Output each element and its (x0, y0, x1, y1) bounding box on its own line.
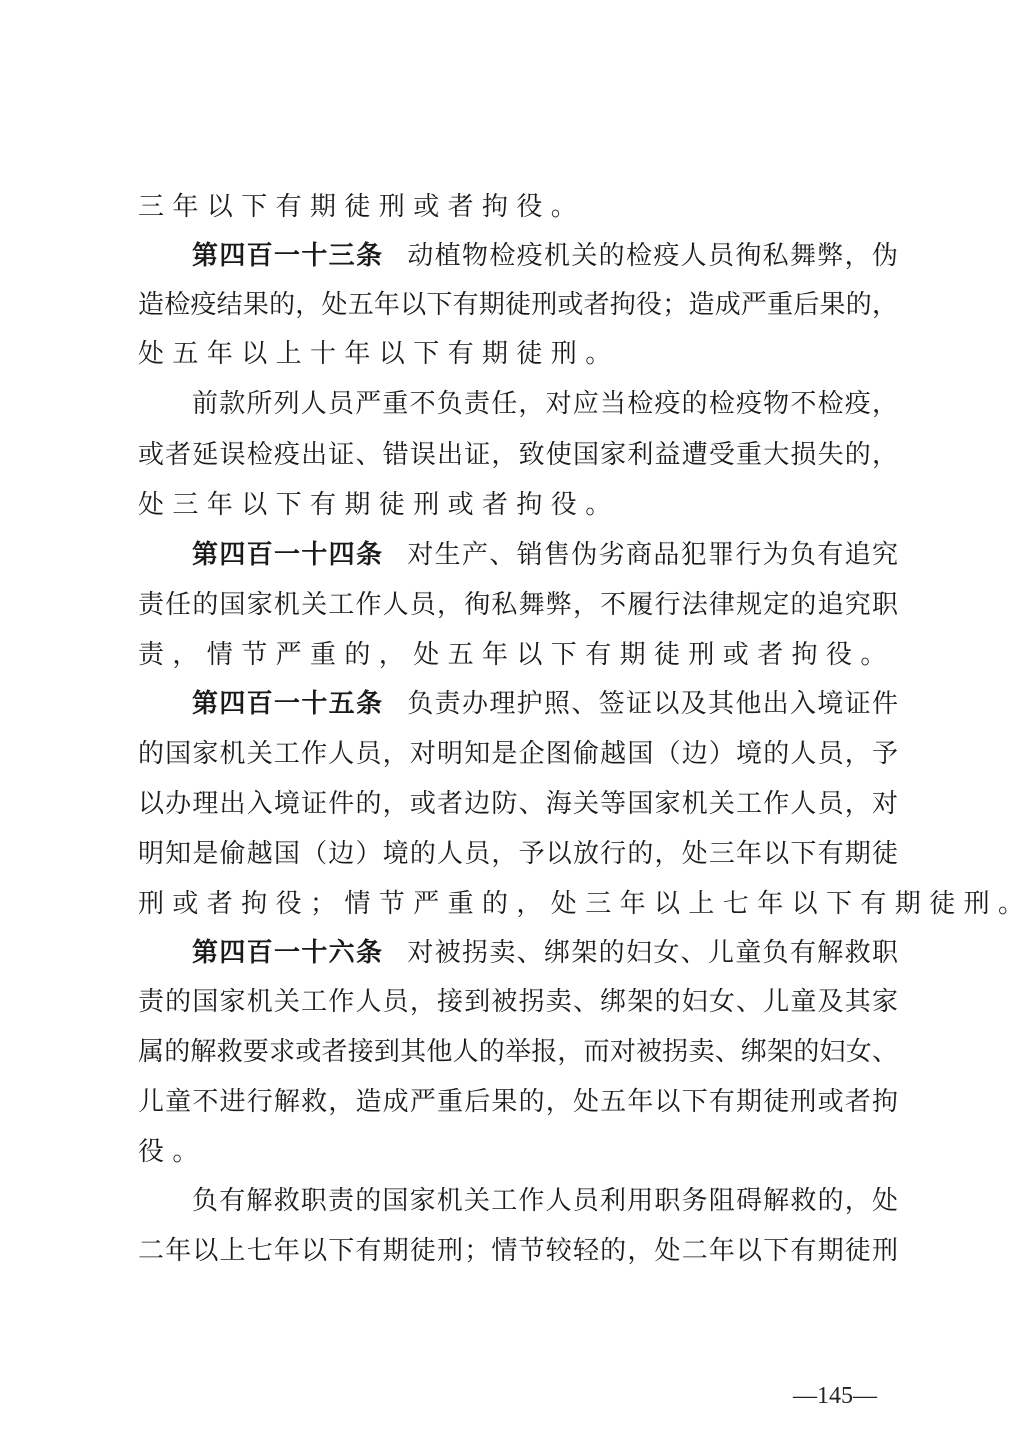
text-line: 责，情节严重的，处五年以下有期徒刑或者拘役。 (138, 635, 898, 675)
text-line: 负有解救职责的国家机关工作人员利用职务阻碍解救的，处 (192, 1181, 898, 1221)
text-line: 刑或者拘役；情节严重的，处三年以上七年以下有期徒刑。 (138, 884, 898, 924)
article-text: 对被拐卖、绑架的妇女、儿童负有解救职 (407, 938, 898, 968)
article-414-first-line: 第四百一十四条对生产、销售伪劣商品犯罪行为负有追究 (192, 535, 898, 575)
article-text: 对生产、销售伪劣商品犯罪行为负有追究 (407, 540, 898, 570)
article-text: 负责办理护照、签证以及其他出入境证件 (407, 689, 898, 719)
text-line: 三年以下有期徒刑或者拘役。 (138, 187, 898, 227)
article-415-first-line: 第四百一十五条负责办理护照、签证以及其他出入境证件 (192, 684, 898, 724)
text-line: 或者延误检疫出证、错误出证，致使国家利益遭受重大损失的， (138, 435, 898, 475)
article-text: 动植物检疫机关的检疫人员徇私舞弊，伪 (407, 241, 898, 271)
text-line: 处五年以上十年以下有期徒刑。 (138, 334, 898, 374)
text-line: 责的国家机关工作人员，接到被拐卖、绑架的妇女、儿童及其家 (138, 982, 898, 1022)
page-number: —145— (790, 1381, 880, 1411)
article-heading: 第四百一十五条 (192, 689, 383, 719)
text-line: 前款所列人员严重不负责任，对应当检疫的检疫物不检疫， (192, 384, 898, 424)
text-line: 二年以上七年以下有期徒刑；情节较轻的，处二年以下有期徒刑 (138, 1231, 898, 1271)
article-413-first-line: 第四百一十三条动植物检疫机关的检疫人员徇私舞弊，伪 (192, 236, 898, 276)
text-line: 儿童不进行解救，造成严重后果的，处五年以下有期徒刑或者拘 (138, 1082, 898, 1122)
text-line: 以办理出入境证件的，或者边防、海关等国家机关工作人员，对 (138, 784, 898, 824)
text-line: 明知是偷越国（边）境的人员，予以放行的，处三年以下有期徒 (138, 834, 898, 874)
article-heading: 第四百一十四条 (192, 540, 383, 570)
text-line: 造检疫结果的，处五年以下有期徒刑或者拘役；造成严重后果的， (138, 285, 898, 325)
article-heading: 第四百一十六条 (192, 938, 383, 968)
article-heading: 第四百一十三条 (192, 241, 383, 271)
article-416-first-line: 第四百一十六条对被拐卖、绑架的妇女、儿童负有解救职 (192, 933, 898, 973)
text-line: 的国家机关工作人员，对明知是企图偷越国（边）境的人员，予 (138, 734, 898, 774)
text-line: 责任的国家机关工作人员，徇私舞弊，不履行法律规定的追究职 (138, 585, 898, 625)
text-line: 役。 (138, 1132, 898, 1172)
text-line: 属的解救要求或者接到其他人的举报，而对被拐卖、绑架的妇女、 (138, 1032, 898, 1072)
document-page: 三年以下有期徒刑或者拘役。 第四百一十三条动植物检疫机关的检疫人员徇私舞弊，伪 … (0, 0, 1024, 1448)
text-line: 处三年以下有期徒刑或者拘役。 (138, 485, 898, 525)
